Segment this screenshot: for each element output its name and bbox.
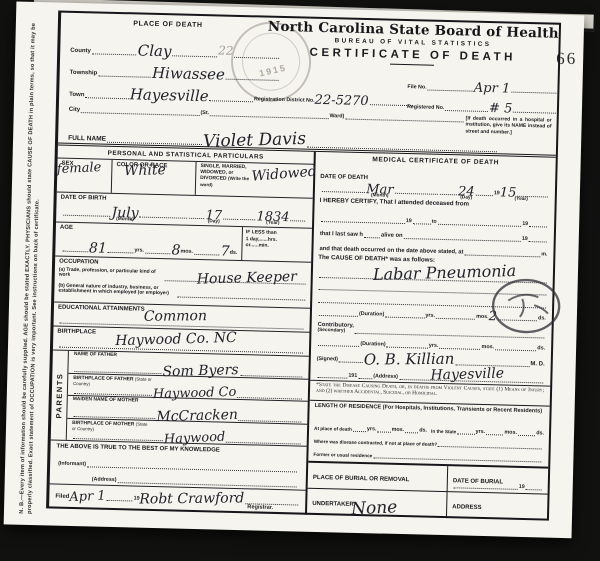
date-of-burial-line: 19 [453,482,543,490]
dotted-line [529,224,547,227]
dod-year-segment: 1915 (Year) [494,179,550,202]
undertaker-cell: UNDERTAKER None [307,489,448,518]
physician-address-value: Hayesville [430,367,504,383]
education-value: Common [144,309,207,324]
former-residence-label: Former or usual residence [313,452,372,459]
undertaker-label: UNDERTAKER [312,501,354,508]
town-value: Hayesville [130,87,209,104]
dotted-line [73,413,155,418]
top-section: PLACE OF DEATH County Clay 22 Township H… [58,13,559,158]
township-value: Hiwassee [152,66,225,83]
dob-day-segment: 17 (Day) [188,205,240,225]
file-no-label: File No. [407,84,426,90]
dob-day-value: 17 [205,209,222,222]
dotted-line [210,113,328,119]
occupation-b-line: (b) General nature of industry, business… [58,284,306,301]
at-place-half: At place of death yrs. mos. ds. [314,413,427,436]
personal-column: PERSONAL AND STATISTICAL PARTICULARS SEX… [49,146,316,515]
marital-value: Widowed [251,165,318,198]
ward-label: Ward) [329,113,344,119]
dob-year-value: 1834 [256,210,289,224]
death-certificate: N. B.—Every item of information should b… [4,1,585,538]
year-prefix: 19 [522,236,528,242]
township-label: Township [70,70,98,77]
ds-unit: ds. [536,430,544,436]
dotted-line [498,317,537,321]
dotted-line [238,418,301,423]
in-state-half: In the State yrs. mos. ds. [427,416,544,439]
contributory-labels: Contributory, (Secondary) [317,322,354,334]
mother-name-label: MAIDEN NAME OF MOTHER [73,397,153,404]
dotted-line [436,316,475,320]
parents-rows: NAME OF FATHER Som Byers BIRTHPLACE OF F… [67,351,309,446]
form-body: PERSONAL AND STATISTICAL PARTICULARS SEX… [49,146,556,521]
dotted-line [364,235,380,238]
burial-block: PLACE OF BURIAL OR REMOVAL DATE OF BURIA… [307,461,548,521]
dotted-line [457,431,474,434]
occupation-label: OCCUPATION [59,259,99,266]
yrs-unit: yrs. [425,313,435,319]
dotted-line [92,51,137,55]
informant-label: (Informant) [58,461,86,468]
dotted-line [413,221,431,224]
dotted-line [495,347,536,351]
dotted-line [210,98,253,102]
dotted-line [385,315,424,319]
registrar-signature: Robt Crawford [140,491,245,506]
medical-column: MEDICAL CERTIFICATE OF DEATH DATE OF DEA… [307,152,556,521]
year-prefix: 19 [522,221,528,227]
place-of-burial-cell: PLACE OF BURIAL OR REMOVAL [308,463,449,492]
parents-block: PARENTS NAME OF FATHER Som Byers [51,350,309,446]
registration-district-value: 22-5270 [314,94,368,108]
dod-year-value: 15 [500,186,517,199]
undertaker-address-cell: ADDRESS [447,492,548,520]
dotted-line [194,252,220,256]
father-birthplace-label: BIRTHPLACE OF FATHER (State or Country) [73,374,153,389]
age-label: AGE [60,225,73,231]
cause-of-death-value: Labar Pneumonia [373,263,517,283]
age-days-value: 7 [221,245,230,259]
race-value: White [124,163,167,190]
dob-label: DATE OF BIRTH [61,195,107,202]
duration-label: (Duration) [360,341,385,348]
county-value: Clay [138,43,172,59]
dotted-line [226,77,279,81]
dod-month-segment: Mar (Month) [321,175,439,200]
yrs-unit: yrs. [475,429,485,435]
dotted-line [445,108,488,112]
undertaker-address-label: ADDRESS [452,504,481,511]
ds-unit: ds. [538,315,546,321]
filed-label: Filed [55,494,69,500]
place-of-burial-label: PLACE OF BURIAL OR REMOVAL [313,475,410,483]
cause-of-death-lines: Labar Pneumonia [312,265,553,309]
city-row: City (St. Ward) [69,107,465,123]
mos-unit: mos. [392,427,405,433]
dotted-line [177,294,305,300]
dotted-line [405,430,418,433]
age-months-value: 8 [171,243,180,257]
birthplace-label: BIRTHPLACE [57,329,96,336]
at-place-label: At place of death [314,426,352,432]
registered-no-label: Registered No. [407,104,445,111]
parents-label-text: PARENTS [54,372,64,418]
registration-district-label: Registration District No. [254,96,315,103]
dotted-line [454,485,518,490]
hospital-note: [If death occurred in a hospital or inst… [465,115,551,136]
county-pencil-note: 22 [218,43,234,57]
dotted-line [486,432,503,435]
dotted-line [529,239,547,242]
ds-unit: ds. [419,427,427,433]
father-name-label: NAME OF FATHER [74,352,154,359]
marital-cell: SINGLE, MARRIED, WIDOWED, or DIVORCED (W… [195,162,314,198]
dotted-line [511,90,556,94]
year-prefix: 19 [406,218,412,224]
dotted-line [438,222,522,227]
ds-unit: ds. [537,345,545,351]
file-number-row: File No. Apr 1 [407,77,557,94]
yrs-unit: yrs. [429,343,439,349]
town-label: Town [69,92,84,98]
marital-label: SINGLE, MARRIED, WIDOWED, or DIVORCED (W… [200,164,257,190]
dotted-line [98,74,151,78]
yrs-unit: yrs. [134,247,144,253]
dob-month-segment: July (Month) [62,202,188,224]
dotted-line [145,251,171,255]
title-rule [390,64,434,66]
dotted-line [107,498,133,502]
occupation-a-label: (a) Trade, profession, or particular kin… [59,268,164,281]
sex-value: female [57,161,103,191]
scan-background: N. B.—Every item of information should b… [0,0,600,561]
dob-month-value: July [111,206,138,221]
age-line: 81 yrs. 8 mos. 7 ds. [61,238,237,256]
age-years-value: 81 [89,241,107,255]
education-label: EDUCATIONAL ATTAINMENTS [58,305,145,313]
dotted-line [107,140,202,145]
year-191-label: 191 [348,373,357,379]
certificate-form: PLACE OF DEATH County Clay 22 Township H… [46,11,561,521]
county-label: County [70,48,91,55]
registered-no-value: # 5 [489,102,513,116]
dotted-line [353,429,366,432]
dotted-line [428,88,473,92]
dotted-line [339,359,363,363]
dotted-line [518,433,535,436]
dotted-line [81,110,199,116]
race-cell: COLOR OR RACE White [111,160,196,195]
or-min-label: or......min. [245,242,308,250]
occupation-row: OCCUPATION (a) Trade, profession, or par… [54,257,311,309]
margin-instructions: N. B.—Every item of information should b… [18,14,48,514]
mos-unit: mos. [504,430,517,436]
county-row: County Clay 22 [70,39,280,59]
place-of-death-title: PLACE OF DEATH [73,19,263,31]
dotted-line [526,487,542,490]
file-no-value: Apr 1 [474,82,511,96]
burial-year-prefix: 19 [519,484,525,490]
dod-month-value: Mar [366,183,394,197]
dotted-line [317,375,347,379]
dotted-line [358,376,372,379]
dotted-line [321,219,405,224]
occupation-b-label: (b) General nature of industry, business… [58,284,176,298]
if-less-box: IF LESS than 1 day,......hrs. or......mi… [241,227,312,262]
sex-cell: SEX female [57,159,112,193]
dotted-line [237,395,302,400]
city-label: City [69,107,80,113]
dotted-line [85,95,128,99]
attestation-statement: THE ABOVE IS TRUE TO THE BEST OF MY KNOW… [56,444,219,454]
md-label: M. D. [530,361,544,367]
birthplace-value: Haywood Co. NC [115,331,237,348]
dod-day-segment: 24 (Day) [439,178,495,201]
mother-birthplace-label: BIRTHPLACE OF MOTHER (State or Country) [72,419,152,434]
secondary-label: (Secondary) [317,328,353,334]
undertaker-value: None [351,499,398,518]
dod-day-value: 24 [458,185,475,198]
duration-label: (Duration) [359,311,384,318]
registered-number-row: Registered No. # 5 [407,97,557,114]
town-row: Town Hayesville Registration District No… [69,83,414,106]
dotted-line [172,53,217,57]
dotted-line [240,373,303,378]
dotted-line [387,345,428,349]
yrs-unit: yrs. [367,426,377,432]
last-saw-label: that I last saw h [320,231,363,238]
dotted-line [377,429,390,432]
dotted-line [319,313,358,317]
mos-unit: mos. [476,314,489,320]
full-name-value: Violet Davis [203,131,306,151]
dotted-line [513,110,556,114]
dotted-line [74,391,152,396]
occupation-a-value: House Keeper [196,270,297,287]
ds-unit: ds. [230,250,238,256]
alive-on-label: alive on [381,232,403,239]
m-label: m. [541,251,547,257]
street-label: (St. [200,110,209,116]
dotted-line [345,117,463,123]
address-label: (Address) [373,373,398,380]
dotted-line [108,250,134,254]
filed-row: Filed Apr 1 19 Robt Crawford Registrar. [49,483,306,513]
dotted-line [373,455,541,462]
filed-line: Filed Apr 1 19 Robt Crawford [55,486,299,506]
dob-year-segment: 1834 (Year) [239,206,306,227]
dotted-line [318,343,359,347]
age-main: AGE 81 yrs. 8 mos. 7 [55,223,242,261]
filed-date-value: Apr 1 [69,490,106,505]
dotted-line [226,440,301,445]
in-state-label: In the State [431,429,456,435]
dotted-line [464,253,540,258]
date-of-burial-cell: DATE OF BURIAL 19 [448,466,549,494]
mos-unit: mos. [180,249,193,255]
mos-unit: mos. [481,344,494,350]
dotted-line [62,249,88,253]
township-row: Township Hiwassee [70,61,280,81]
full-name-label: FULL NAME [68,135,106,143]
to-label: to [432,219,437,225]
informant-address-label: (Address) [92,476,117,483]
dotted-line [307,145,497,153]
signed-label: (Signed) [317,356,338,363]
